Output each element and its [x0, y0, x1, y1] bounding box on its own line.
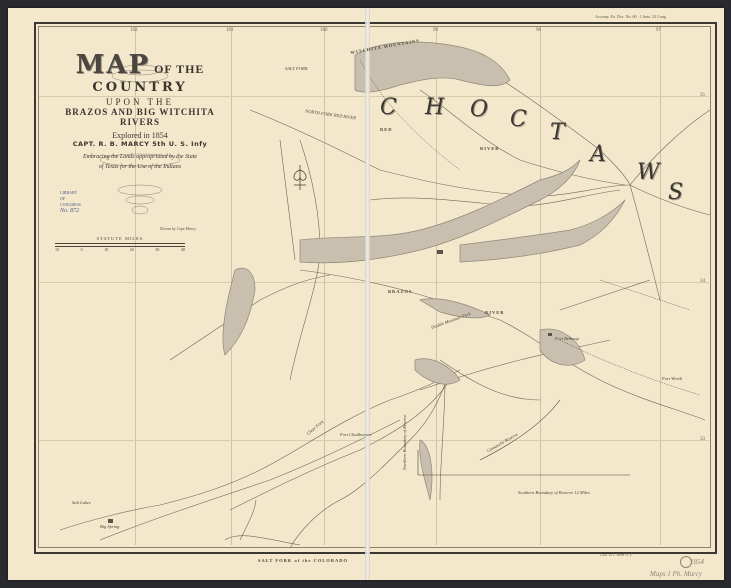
scale-bar: STATUTE MILES 10 0 10 20 30 40	[55, 236, 185, 252]
title-map: MAP	[76, 50, 151, 80]
label-northern-boundary: Northern Boundary of Reserve	[402, 415, 407, 470]
scale-tick: 40	[181, 247, 185, 252]
label-fort-worth: Fort Worth	[662, 376, 682, 381]
territory-letter: W	[637, 160, 660, 185]
title-explored: Explored in 1854	[45, 131, 235, 140]
catalog-circle-mark	[680, 556, 692, 568]
territory-letter: H	[425, 95, 444, 120]
label-fort-belknap: Fort Belknap	[555, 336, 579, 341]
paper-fold	[365, 8, 370, 580]
title-cartouche: MAP OF THE COUNTRY UPON THE BRAZOS AND B…	[45, 50, 235, 172]
escarpment-west	[223, 268, 255, 355]
label-southern-boundary: Southern Boundary of Reserve 12 Miles	[518, 490, 590, 495]
fort-marker	[437, 250, 443, 254]
label-salt-lakes: Salt Lakes	[72, 500, 91, 505]
scale-title: STATUTE MILES	[55, 236, 185, 241]
territory-letter: S	[668, 180, 683, 205]
stamp-line: No. 872	[60, 208, 100, 214]
reserve-boundary	[418, 450, 630, 475]
lithographer-note: Lith. of J. Bien N.Y.	[600, 552, 632, 557]
label-brazos: BRAZOS	[388, 289, 413, 294]
title-embracing-2: of Texas for the Use of the Indians	[45, 162, 235, 172]
drawn-by-note: Drawn by Capt Marcy	[160, 226, 196, 231]
label-salt-fork-colorado: SALT FORK of the COLORADO	[258, 558, 348, 563]
north-arrow-icon	[294, 165, 306, 190]
header-note: Accomp. Ex. Doc. No. 60 · 1 Sess. 33 Con…	[595, 14, 667, 19]
pencil-reference: Maps 1 Pb. Marcy	[650, 570, 702, 578]
scale-tick: 10	[55, 247, 59, 252]
territory-letter: O	[470, 97, 488, 122]
scale-tick: 10	[104, 247, 108, 252]
label-fort-chadbourne: Fort Chadbourne	[340, 432, 372, 437]
territory-letter: A	[590, 142, 606, 167]
label-river: RIVER	[485, 310, 505, 315]
library-stamp: LIBRARY OF CONGRESS No. 872	[60, 190, 100, 218]
title-rivers: BRAZOS AND BIG WITCHITA RIVERS	[45, 107, 235, 127]
territory-letter: T	[550, 120, 565, 145]
title-embracing-1: Embracing the Lands appropriated by the …	[45, 152, 235, 162]
label-red-river: RED	[380, 127, 393, 132]
title-country: COUNTRY	[45, 80, 235, 95]
title-of-the: OF THE	[154, 62, 204, 76]
territory-letter: C	[510, 107, 527, 132]
label-salt-fork: SALT FORK	[285, 66, 308, 71]
scale-tick: 30	[155, 247, 159, 252]
big-spring-marker	[108, 519, 113, 523]
territory-letter: C	[380, 95, 397, 120]
scale-tick: 20	[130, 247, 134, 252]
scale-tick: 0	[81, 247, 83, 252]
brazos-river	[300, 270, 705, 420]
pencil-year: 1854	[690, 558, 704, 566]
fort-belknap-marker	[548, 333, 552, 336]
red-river	[250, 110, 630, 196]
title-upon-the: UPON THE	[45, 97, 235, 107]
label-big-spring: Big Spring	[100, 524, 119, 529]
label-red-river: RIVER	[480, 146, 500, 151]
title-author: CAPT. R. B. MARCY 5th U. S. Infy	[45, 140, 235, 148]
